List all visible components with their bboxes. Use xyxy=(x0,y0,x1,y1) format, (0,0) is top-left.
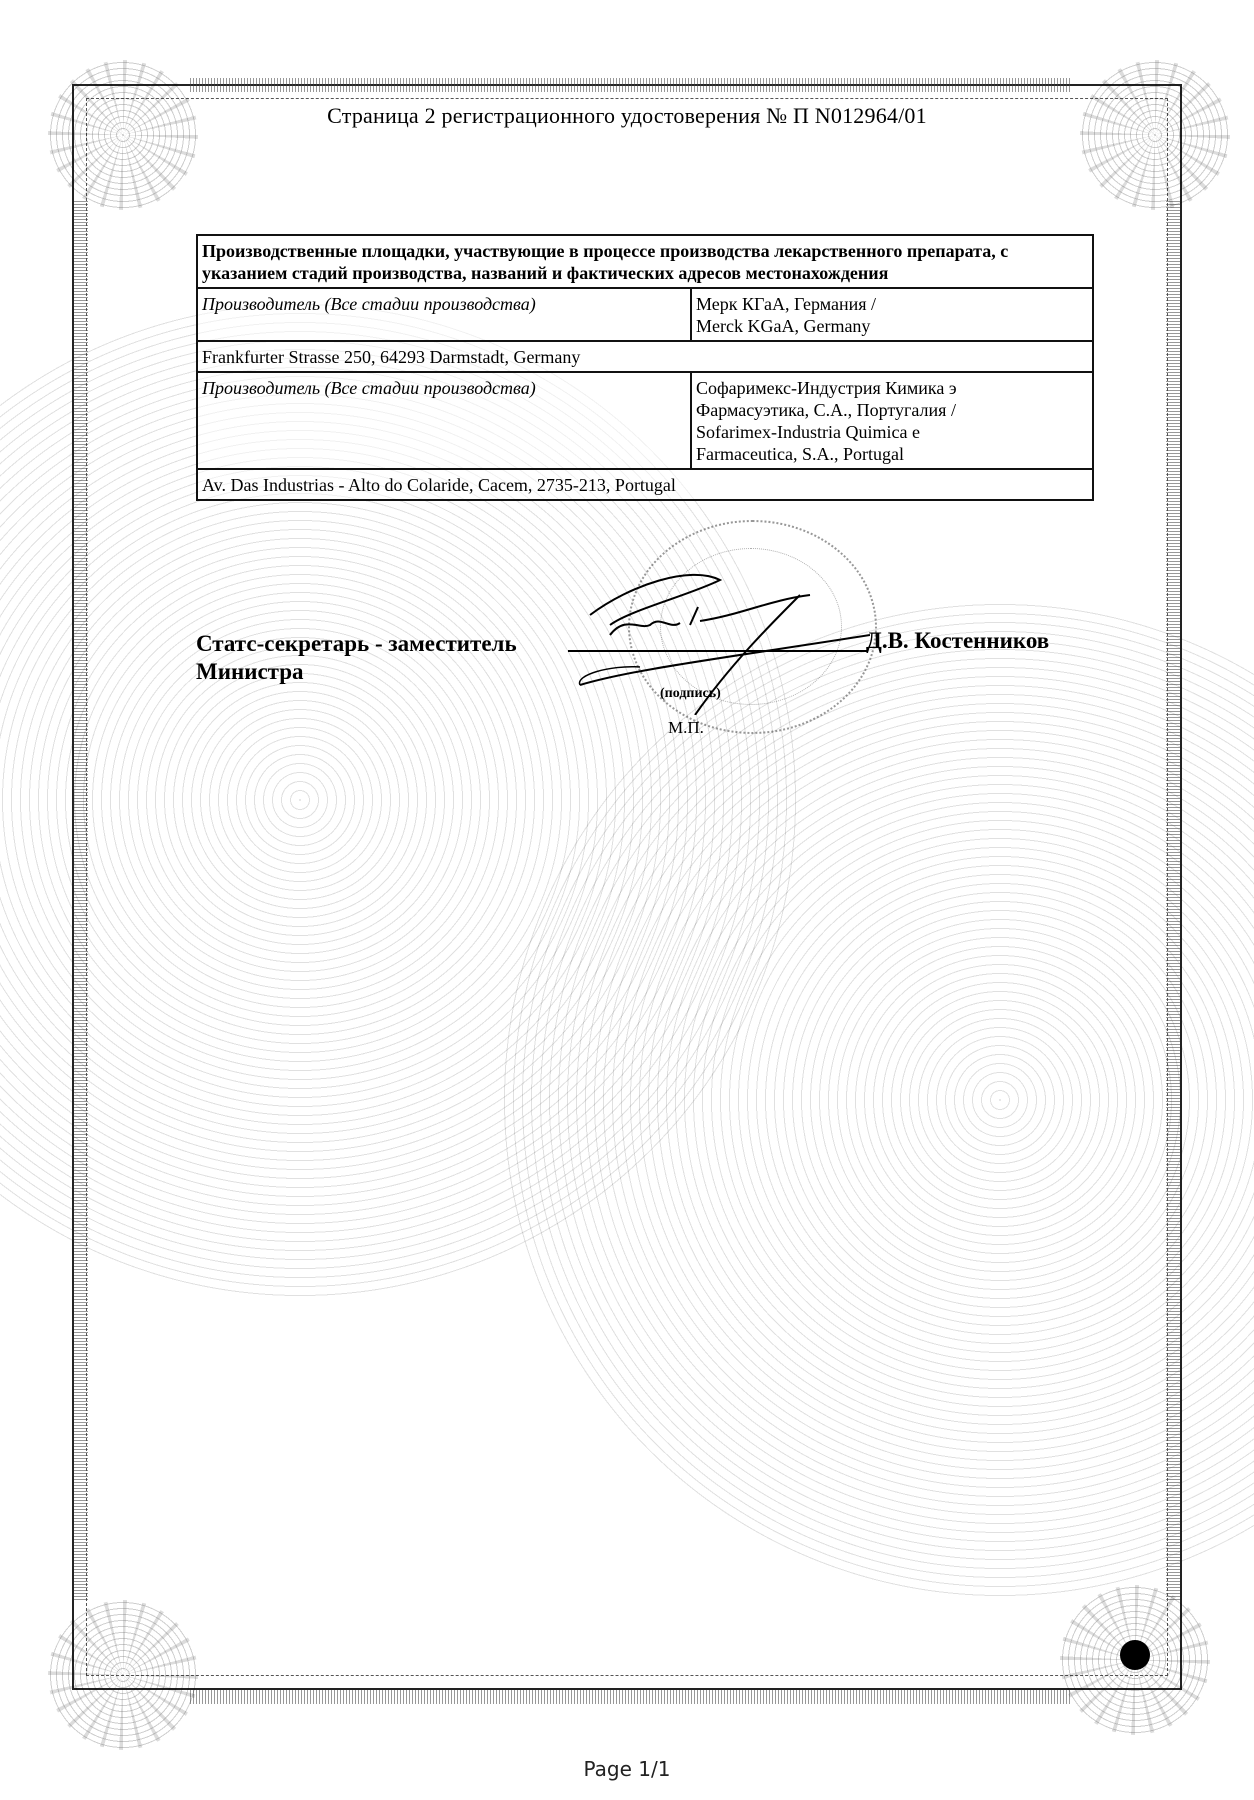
manufacturer-address: Frankfurter Strasse 250, 64293 Darmstadt… xyxy=(197,341,1093,372)
table-row: Производитель (Все стадии производства) … xyxy=(197,372,1093,469)
signatory-position: Статс-секретарь - заместитель Министра xyxy=(196,630,517,686)
company-line: Farmaceutica, S.A., Portugal xyxy=(696,443,1088,465)
corner-rosette-bottom-left xyxy=(48,1600,198,1750)
table-title: Производственные площадки, участвующие в… xyxy=(197,235,1093,288)
manufacturer-name: Мерк КГаА, Германия / Merck KGaA, German… xyxy=(691,288,1093,341)
border-rail-bottom xyxy=(190,1690,1070,1704)
border-rail-right xyxy=(1166,200,1180,1600)
corner-rosette-top-right xyxy=(1080,60,1230,210)
table-row: Av. Das Industrias - Alto do Colaride, C… xyxy=(197,469,1093,500)
company-line: Фармасуэтика, С.А., Португалия / xyxy=(696,399,1088,421)
punch-hole xyxy=(1120,1640,1150,1670)
seal-mark: М.П. xyxy=(668,718,704,738)
company-line: Мерк КГаА, Германия / xyxy=(696,293,1088,315)
manufacturer-role: Производитель (Все стадии производства) xyxy=(197,288,691,341)
manufacturer-address: Av. Das Industrias - Alto do Colaride, C… xyxy=(197,469,1093,500)
position-line: Министра xyxy=(196,658,517,686)
company-line: Merck KGaA, Germany xyxy=(696,315,1088,337)
table-row: Производитель (Все стадии производства) … xyxy=(197,288,1093,341)
border-rail-top xyxy=(190,78,1070,92)
page-header: Страница 2 регистрационного удостоверени… xyxy=(0,103,1254,129)
company-line: Sofarimex-Industria Quimica e xyxy=(696,421,1088,443)
signature-caption: (подпись) xyxy=(660,686,721,702)
production-sites-table: Производственные площадки, участвующие в… xyxy=(196,234,1094,501)
manufacturer-name: Софаримекс-Индустрия Кимика э Фармасуэти… xyxy=(691,372,1093,469)
border-rail-left xyxy=(74,200,88,1600)
manufacturer-role: Производитель (Все стадии производства) xyxy=(197,372,691,469)
signatory-name: Д.В. Костенников xyxy=(866,628,1049,654)
table-row: Frankfurter Strasse 250, 64293 Darmstadt… xyxy=(197,341,1093,372)
page-footer: Page 1/1 xyxy=(0,1757,1254,1781)
corner-rosette-top-left xyxy=(48,60,198,210)
company-line: Софаримекс-Индустрия Кимика э xyxy=(696,377,1088,399)
position-line: Статс-секретарь - заместитель xyxy=(196,630,517,658)
